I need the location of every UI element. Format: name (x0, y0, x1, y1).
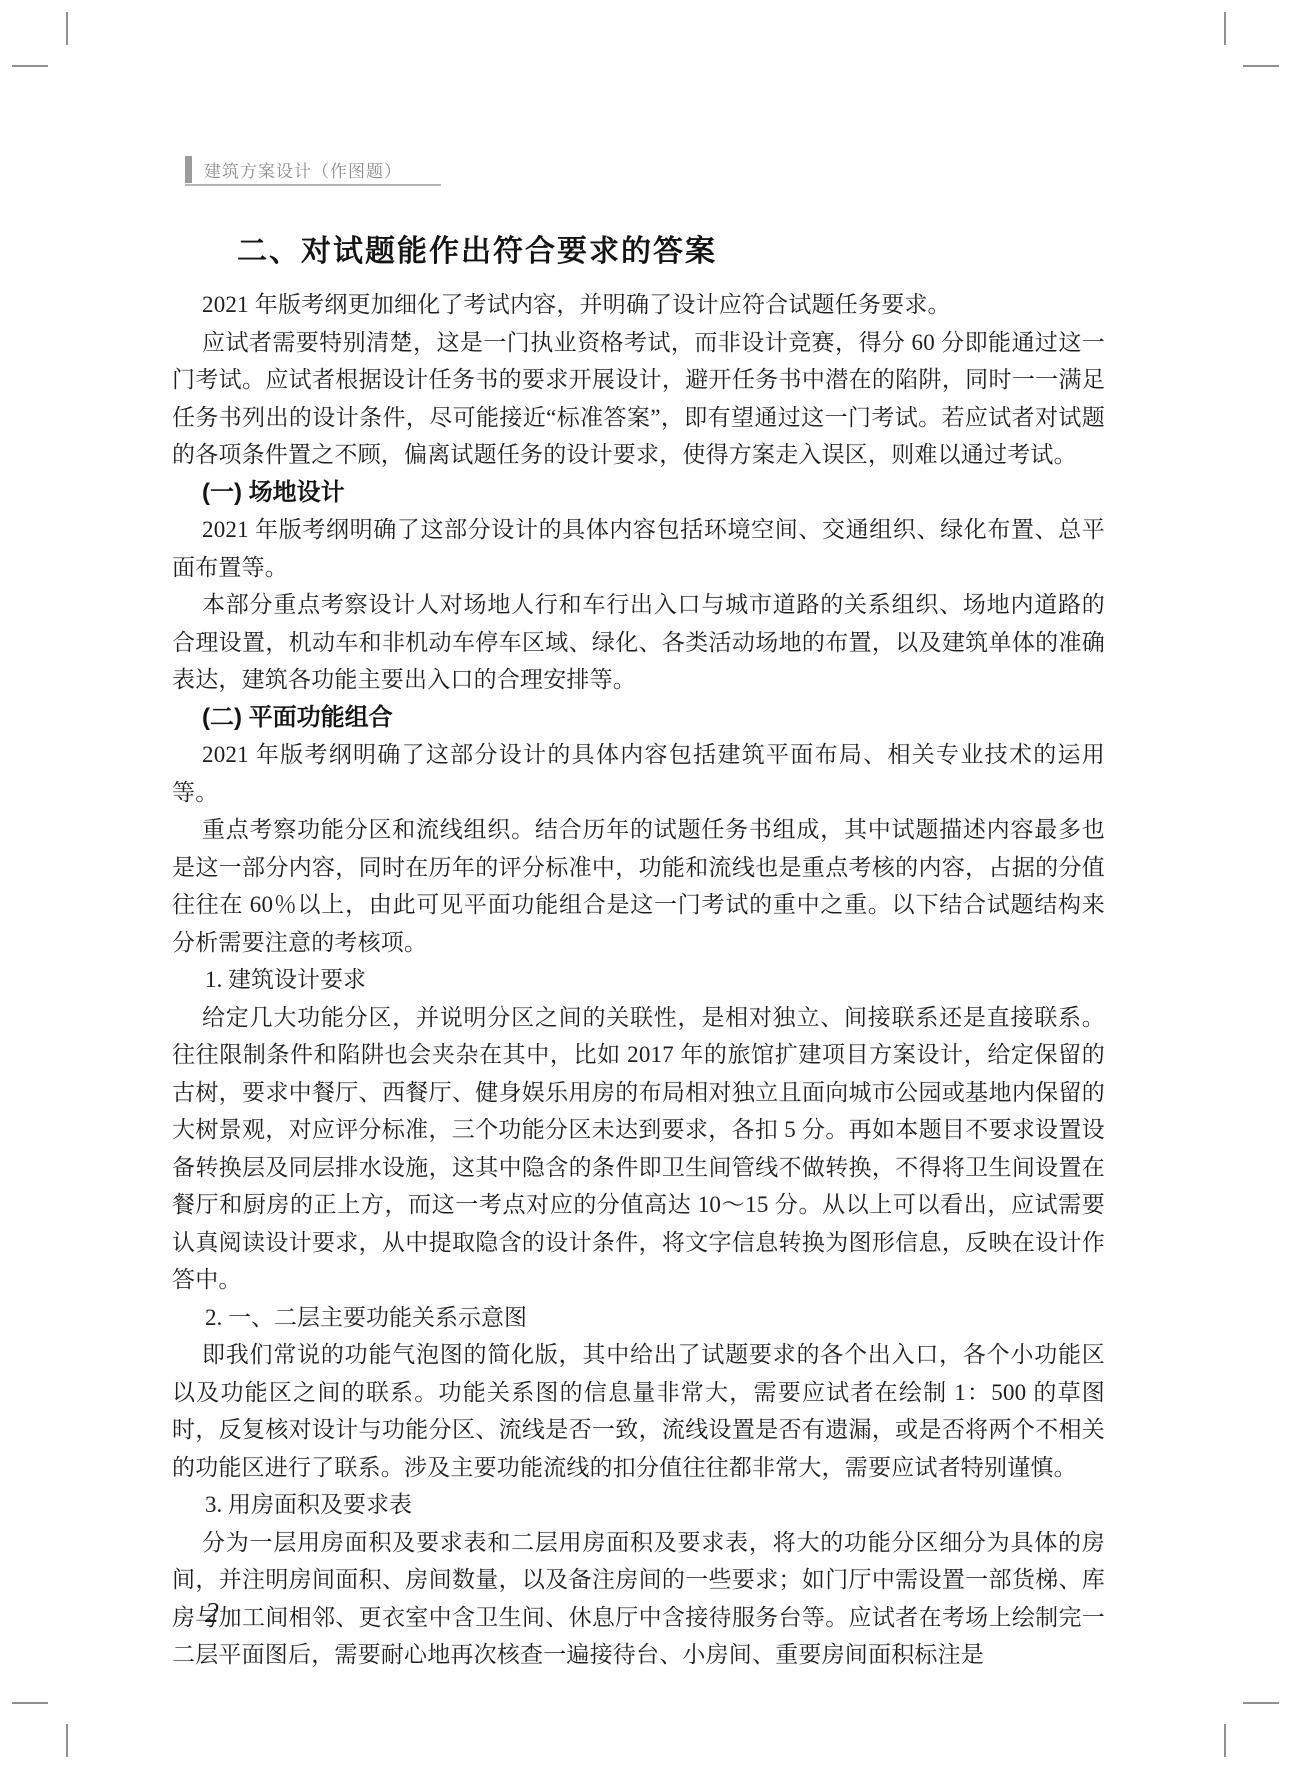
crop-mark-bottom-left-horizontal (12, 1702, 48, 1704)
paragraph-site-focus: 本部分重点考察设计人对场地人行和车行出入口与城市道路的关系组织、场地内道路的合理… (172, 586, 1105, 699)
section-title: 二、对试题能作出符合要求的答案 (237, 230, 1105, 274)
paragraph-function-diagram: 即我们常说的功能气泡图的简化版，其中给出了试题要求的各个出入口，各个小功能区以及… (172, 1336, 1105, 1486)
crop-mark-bottom-right-vertical (1224, 1724, 1226, 1757)
crop-mark-top-right-vertical (1224, 12, 1226, 45)
paragraph-design-require: 给定几大功能分区，并说明分区之间的关联性，是相对独立、间接联系还是直接联系。往往… (172, 999, 1105, 1299)
crop-mark-top-left-horizontal (12, 65, 48, 67)
paragraph-plan-focus: 重点考察功能分区和流线组织。结合历年的试题任务书组成，其中试题描述内容最多也是这… (172, 811, 1105, 961)
chapter-header-label: 建筑方案设计（作图题） (204, 162, 402, 181)
paragraph-plan-content: 2021 年版考纲明确了这部分设计的具体内容包括建筑平面布局、相关专业技术的运用… (172, 736, 1105, 811)
subheading-design-require: 1. 建筑设计要求 (172, 961, 1105, 999)
book-page: 建筑方案设计（作图题） 二、对试题能作出符合要求的答案 2021 年版考纲更加细… (0, 0, 1291, 1769)
crop-mark-bottom-right-horizontal (1243, 1702, 1279, 1704)
paragraph-exam-nature: 应试者需要特别清楚，这是一门执业资格考试，而非设计竞赛，得分 60 分即能通过这… (172, 324, 1105, 474)
paragraph-site-content: 2021 年版考纲明确了这部分设计的具体内容包括环境空间、交通组织、绿化布置、总… (172, 511, 1105, 586)
page-number: 2 (205, 1597, 219, 1631)
crop-mark-top-right-horizontal (1243, 65, 1279, 67)
paragraph-exam-outline: 2021 年版考纲更加细化了考试内容，并明确了设计应符合试题任务要求。 (172, 286, 1105, 324)
subheading-area-table: 3. 用房面积及要求表 (172, 1486, 1105, 1524)
paragraph-area-table: 分为一层用房面积及要求表和二层用房面积及要求表，将大的功能分区细分为具体的房间，… (172, 1524, 1105, 1674)
heading-site-design: (一) 场地设计 (172, 474, 1105, 512)
chapter-header-bar (185, 156, 192, 183)
crop-mark-top-left-vertical (66, 12, 68, 45)
page-body: 二、对试题能作出符合要求的答案 2021 年版考纲更加细化了考试内容，并明确了设… (172, 230, 1105, 1674)
heading-plan-function: (二) 平面功能组合 (172, 699, 1105, 737)
subheading-function-diagram: 2. 一、二层主要功能关系示意图 (172, 1299, 1105, 1337)
crop-mark-bottom-left-vertical (66, 1724, 68, 1757)
chapter-header: 建筑方案设计（作图题） (185, 156, 441, 186)
